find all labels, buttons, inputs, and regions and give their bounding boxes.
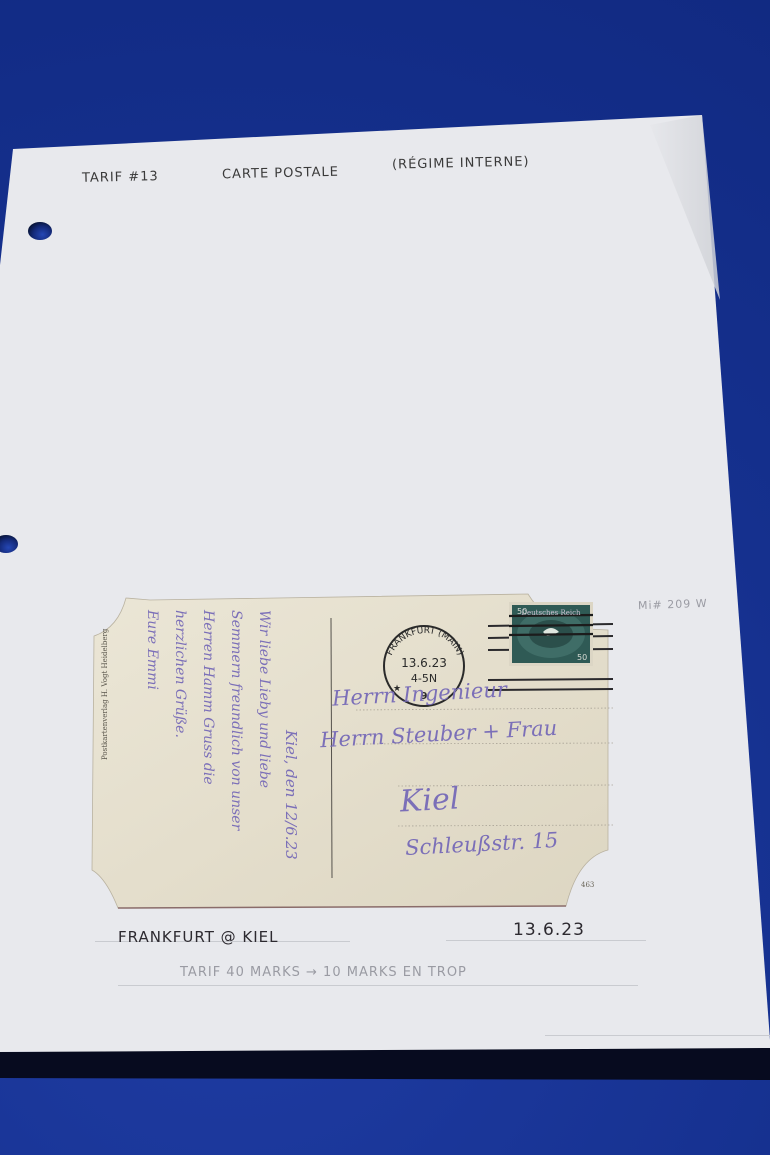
ruled-line: [118, 985, 638, 986]
header-item-type: CARTE POSTALE: [222, 165, 339, 183]
svg-text:FRANKFURT (MAIN): FRANKFURT (MAIN): [385, 626, 465, 657]
card-number: 463: [581, 881, 594, 889]
publisher-imprint: Postkartenverlag H. Vogt Heidelberg: [101, 629, 109, 760]
message-line: Eure Emmi: [144, 610, 160, 690]
message-line: Wir liebe Lieby und liebe: [256, 610, 272, 788]
message-line: Kiel, den 12/6.23: [282, 730, 300, 860]
stamp-value-top: 50: [517, 607, 527, 616]
ruled-line: [446, 940, 646, 941]
route-note: FRANKFURT @ KIEL: [118, 928, 279, 946]
stamp-value-bottom: 50: [577, 653, 587, 662]
ruled-line: [545, 1035, 770, 1036]
message-line: herzlichen Grüße.: [172, 610, 188, 738]
svg-text:13.6.23: 13.6.23: [401, 656, 447, 670]
address-line: Kiel: [399, 781, 460, 819]
svg-text:Deutsches Reich: Deutsches Reich: [521, 609, 581, 617]
catalog-note: Mi# 209 W: [638, 597, 708, 612]
tariff-note: TARIF 40 MARKS → 10 MARKS EN TROP: [180, 965, 467, 980]
header-tariff: TARIF #13: [82, 169, 159, 186]
punch-hole-top: [28, 222, 52, 240]
message-line: Herren Hamm Gruss die: [200, 610, 216, 785]
header-regime: (RÉGIME INTERNE): [392, 154, 530, 172]
date-note: 13.6.23: [513, 920, 585, 940]
message-line: Semmern freundlich von unser: [228, 610, 244, 830]
stamp: Deutsches Reich 50 50: [509, 602, 593, 666]
